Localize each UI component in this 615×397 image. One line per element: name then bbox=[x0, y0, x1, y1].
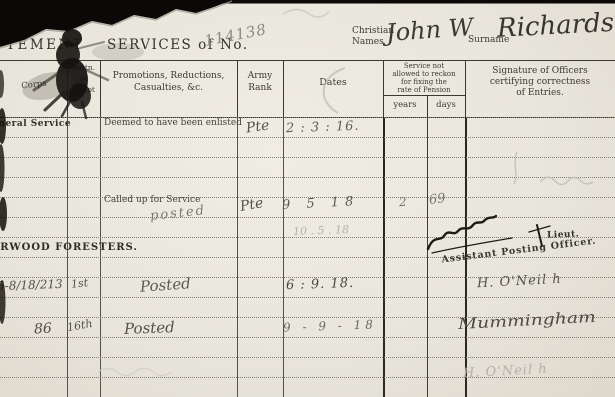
dotted-rule bbox=[0, 217, 615, 218]
dotted-rule bbox=[0, 117, 615, 118]
dotted-rule bbox=[0, 357, 615, 358]
army-rank-column-header: Army bbox=[237, 71, 283, 81]
pencil-date: 10 . 5 . 18 bbox=[293, 223, 349, 238]
pension-subheader-border bbox=[383, 95, 465, 96]
battalion-column-header-2: or bbox=[67, 75, 100, 83]
signature-column-header-2: certifying correctness bbox=[465, 77, 615, 87]
christian-names-label-2: Names bbox=[352, 37, 384, 47]
army-rank-column-header-2: Rank bbox=[237, 83, 283, 93]
battalion-column-header-3: Depot bbox=[67, 86, 100, 94]
rank-handwritten-1: Pte bbox=[245, 117, 270, 136]
pension-column-header: Service not bbox=[383, 62, 465, 70]
entry-called-up: Called up for Service bbox=[104, 195, 200, 205]
pension-column-header-4: rate of Pension bbox=[383, 86, 465, 94]
table-top-border bbox=[0, 60, 615, 61]
signature-column-header: Signature of Officers bbox=[465, 66, 615, 76]
dotted-rule bbox=[0, 257, 615, 258]
signature-column-header-3: of Entries. bbox=[465, 88, 615, 98]
entry-posted-4: Posted bbox=[124, 318, 175, 338]
dotted-rule bbox=[0, 157, 615, 158]
service-record-scan: TEMENT SERVICES of No. 114138 Christian … bbox=[0, 0, 615, 397]
dotted-rule bbox=[0, 337, 615, 338]
pension-column-header-2: allowed to reckon bbox=[383, 70, 465, 78]
corps-number-handwritten-3: 5-8/18/213 bbox=[0, 277, 63, 293]
title-fragment: TEMENT bbox=[6, 37, 84, 53]
promotions-column-header: Promotions, Reductions, bbox=[100, 71, 237, 81]
column-divider bbox=[283, 61, 284, 117]
days-column-header: days bbox=[427, 100, 465, 110]
pension-column-header-3: for fixing the bbox=[383, 78, 465, 86]
battalion-handwritten-3: 1st bbox=[70, 276, 88, 291]
entry-posted-3: Posted bbox=[139, 274, 191, 295]
dotted-rule bbox=[0, 137, 615, 138]
date-handwritten-1: 2 : 3 : 16. bbox=[286, 119, 360, 137]
dates-column-header: Dates bbox=[283, 77, 383, 88]
dotted-rule bbox=[0, 297, 615, 298]
corps-number-handwritten-4: 86 bbox=[34, 321, 53, 338]
promotions-column-header-2: Casualties, &c. bbox=[100, 83, 237, 93]
date-handwritten-3: 6 : 9. 18. bbox=[286, 276, 355, 293]
entry-deemed-enlisted: Deemed to have been enlisted bbox=[104, 118, 242, 128]
years-column-header: years bbox=[383, 100, 427, 110]
dotted-rule bbox=[0, 177, 615, 178]
corps-stamp-general-service: General Service bbox=[0, 119, 71, 129]
pension-days-value: 69 bbox=[428, 191, 446, 208]
corps-stamp-sherwood-foresters: SHERWOOD FORESTERS. bbox=[0, 242, 138, 253]
battalion-column-header: Battn. bbox=[67, 64, 100, 72]
pension-years-value: 2 bbox=[399, 195, 408, 209]
